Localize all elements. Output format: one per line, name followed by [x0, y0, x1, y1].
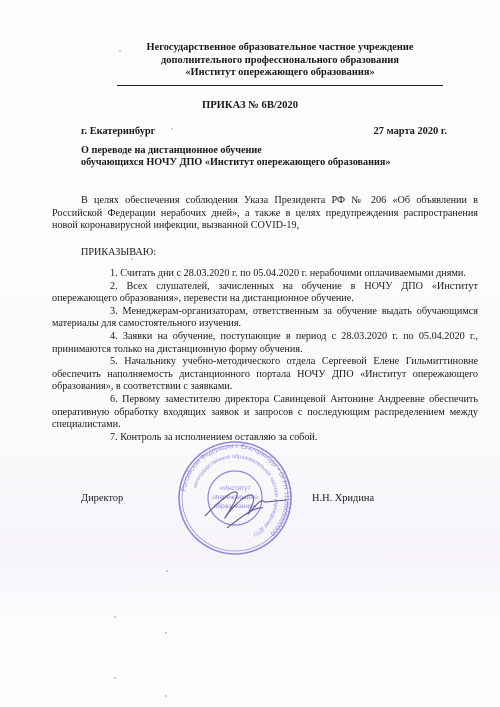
order-city: г. Екатеринбург [81, 126, 155, 137]
organization-header: Негосударственное образовательное частно… [100, 42, 460, 80]
subject-line: обучающихся НОЧУ ДПО «Институт опережающ… [81, 157, 391, 169]
order-item: 1. Считать дни с 28.03.2020 г. по 05.04.… [52, 268, 478, 281]
item-number: 1. [81, 268, 118, 281]
item-number: 4. [81, 331, 118, 344]
svg-text:«Институт: «Институт [219, 485, 250, 492]
subject-line: О переводе на дистанционное обучение [81, 145, 391, 157]
scan-speck [114, 677, 116, 679]
scan-speck [171, 128, 173, 130]
scan-speck [114, 616, 116, 618]
scan-speck [131, 258, 133, 260]
scan-speck [119, 50, 121, 52]
official-stamp-icon: Российская Федерация г. Екатеринбург • О… [165, 438, 305, 558]
item-text: Считать дни с 28.03.2020 г. по 05.04.202… [120, 268, 466, 279]
item-number: 6. [81, 394, 118, 407]
item-number: 5. [81, 356, 118, 369]
document-page: Негосударственное образовательное частно… [0, 0, 500, 707]
decree-word: ПРИКАЗЫВАЮ: [81, 247, 156, 258]
scan-speck [165, 695, 167, 697]
order-title: ПРИКАЗ № 6В/2020 [0, 100, 500, 111]
organization-line: дополнительного профессионального образо… [100, 55, 460, 68]
order-subject: О переводе на дистанционное обучение обу… [81, 145, 391, 170]
item-number: 7. [81, 432, 118, 445]
organization-line: Негосударственное образовательное частно… [100, 42, 460, 55]
order-date: 27 марта 2020 г. [374, 126, 447, 137]
signature-role: Директор [81, 493, 123, 504]
order-item: 6. Первому заместителю директора Савинце… [52, 394, 478, 432]
signature-name: Н.Н. Хридина [312, 493, 374, 504]
item-number: 3. [81, 306, 118, 319]
scan-speck [166, 570, 168, 572]
order-preamble: В целях обеспечения соблюдения Указа Пре… [52, 195, 478, 233]
order-items: 1. Считать дни с 28.03.2020 г. по 05.04.… [52, 268, 478, 444]
scan-speck [165, 632, 167, 634]
item-number: 2. [81, 281, 118, 294]
order-item: 5. Начальнику учебно-методического отдел… [52, 356, 478, 394]
organization-line: «Институт опережающего образования» [100, 67, 460, 80]
order-item: 4. Заявки на обучение, поступающие в пер… [52, 331, 478, 356]
order-item: 3. Менеджерам-организаторам, ответственн… [52, 306, 478, 331]
header-divider [117, 85, 443, 86]
order-item: 2. Всех слушателей, зачисленных на обуче… [52, 281, 478, 306]
